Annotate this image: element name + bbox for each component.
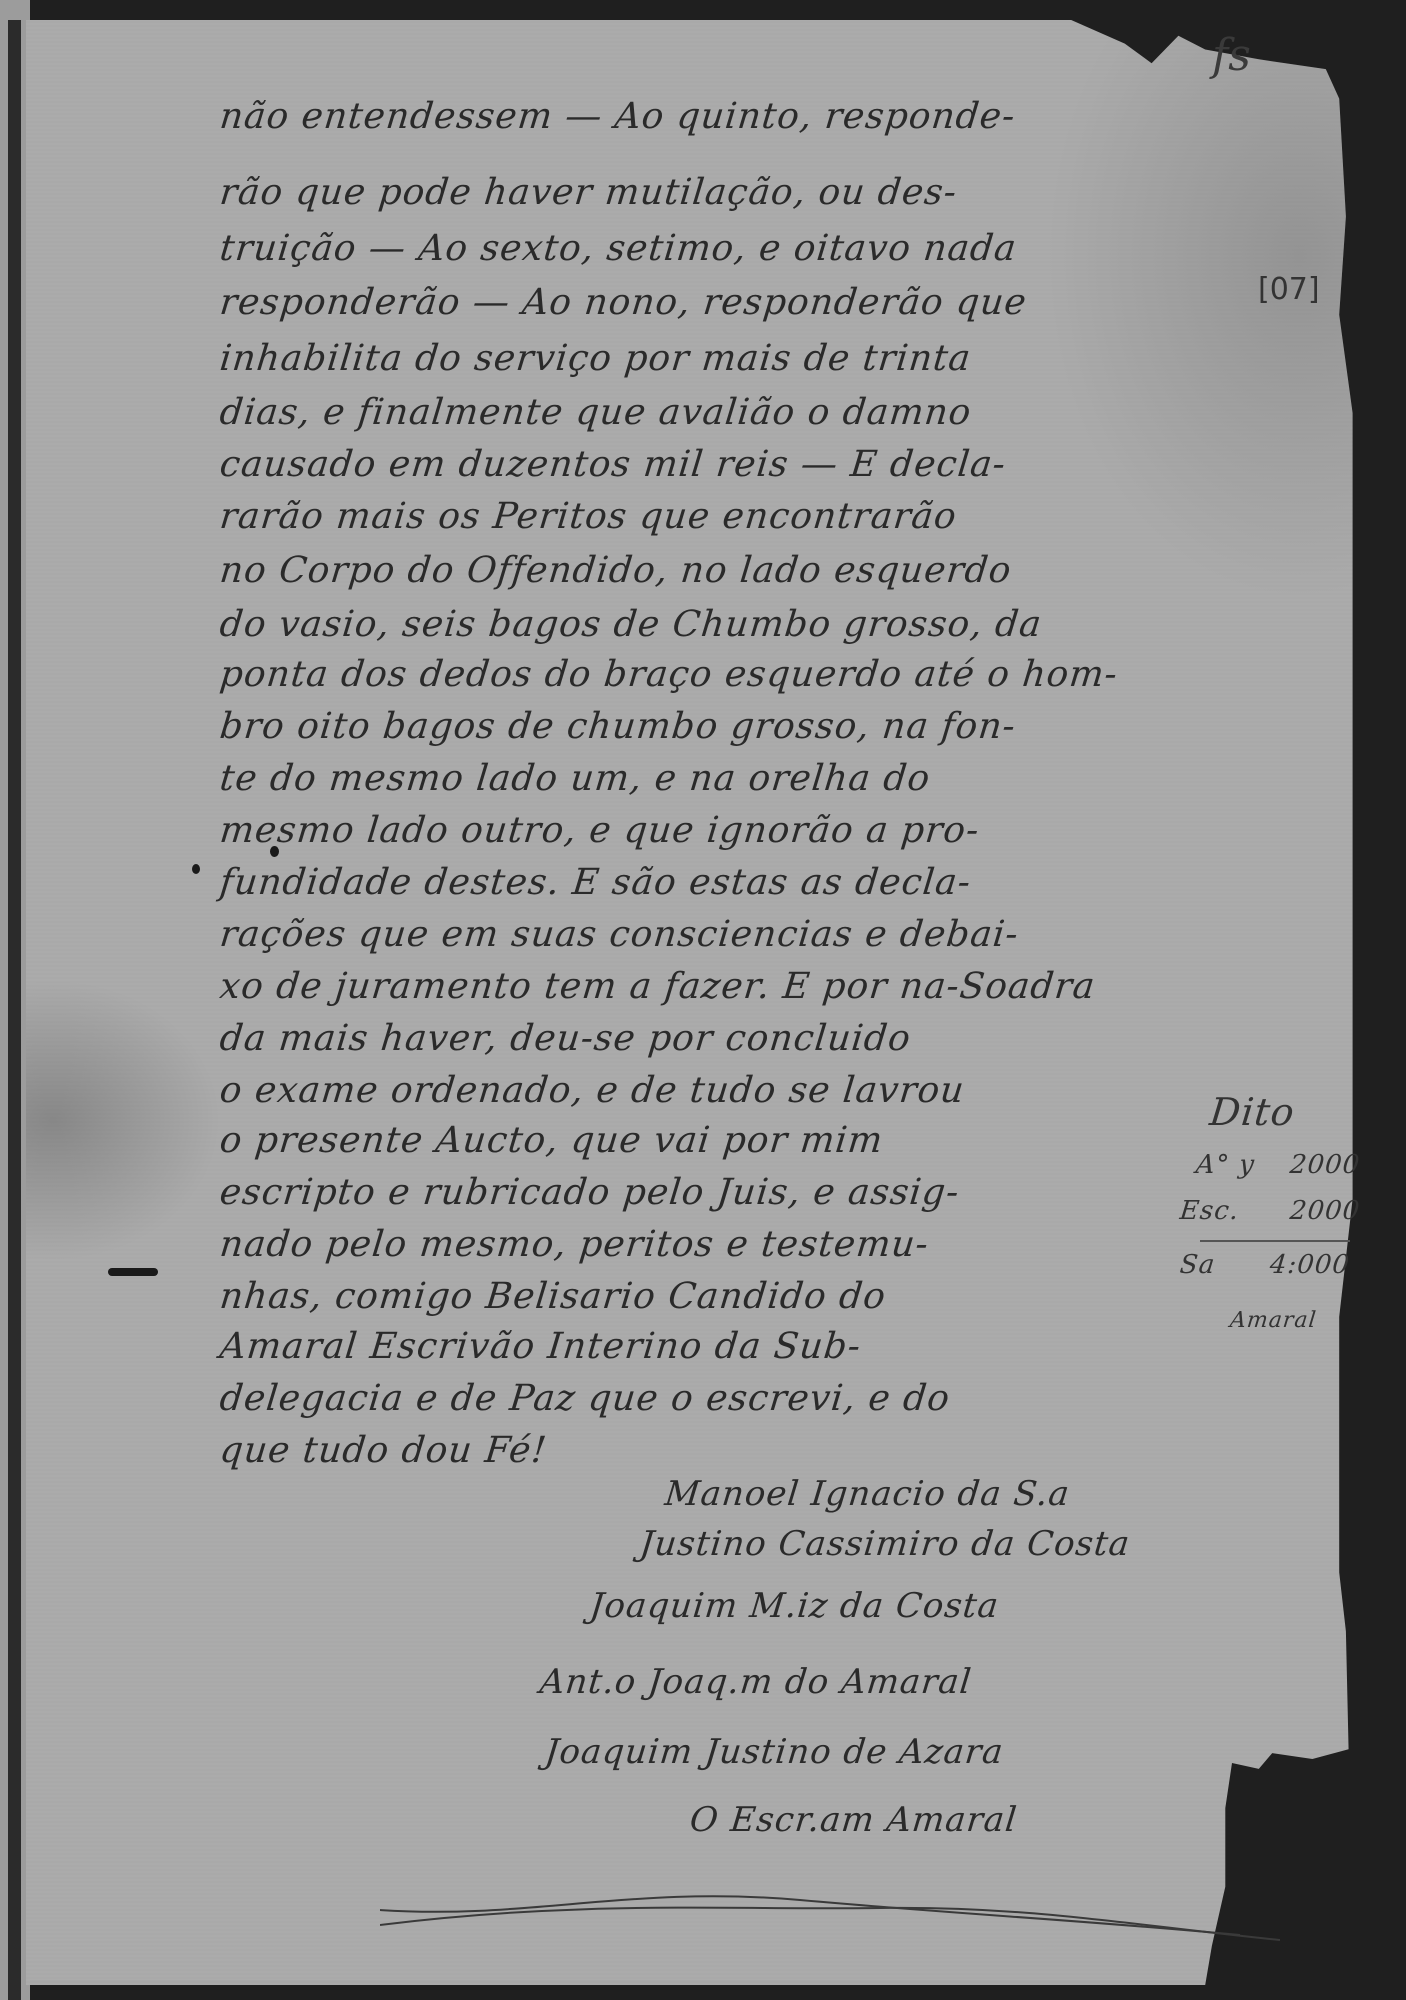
ink-spot xyxy=(270,846,279,857)
folio-mark: fs xyxy=(1212,30,1251,81)
body-line: causado em duzentos mil reis — E decla- xyxy=(218,444,1008,485)
body-line: do vasio, seis bagos de Chumbo grosso, d… xyxy=(218,604,1044,645)
margin-fee-label: Sa xyxy=(1178,1250,1216,1280)
body-line: escripto e rubricado pelo Juis, e assig- xyxy=(218,1172,962,1213)
margin-fee-value: 2000 xyxy=(1288,1150,1361,1180)
body-line: responderão — Ao nono, responderão que xyxy=(218,282,1029,323)
margin-fee-signature: Amaral xyxy=(1229,1308,1318,1333)
body-line: que tudo dou Fé! xyxy=(218,1430,549,1471)
body-line: o presente Aucto, que vai por mim xyxy=(218,1120,885,1161)
body-line: o exame ordenado, e de tudo se lavrou xyxy=(218,1070,967,1111)
body-line: rão que pode haver mutilação, ou des- xyxy=(218,172,959,213)
body-line: rarão mais os Peritos que encontrarão xyxy=(218,496,959,537)
margin-fee-value: 4:000 xyxy=(1268,1250,1351,1280)
signature: Joaquim Justino de Azara xyxy=(543,1732,1006,1772)
body-line: xo de juramento tem a fazer. E por na-So… xyxy=(218,966,1098,1007)
signature: Ant.o Joaq.m do Amaral xyxy=(538,1662,974,1702)
body-line: da mais haver, deu-se por concluido xyxy=(218,1018,913,1059)
ink-spot xyxy=(192,864,200,874)
body-line: bro oito bagos de chumbo grosso, na fon- xyxy=(218,706,1018,747)
closing-flourish xyxy=(380,1880,1280,1950)
body-line: inhabilita do serviço por mais de trinta xyxy=(218,338,973,379)
archival-number: [07] xyxy=(1258,272,1320,307)
fee-sum-line xyxy=(1200,1240,1350,1242)
body-line: no Corpo do Offendido, no lado esquerdo xyxy=(218,550,1014,591)
body-line: dias, e finalmente que avalião o damno xyxy=(218,392,974,433)
signature: Joaquim M.iz da Costa xyxy=(588,1586,1001,1626)
body-line: Amaral Escrivão Interino da Sub- xyxy=(218,1326,863,1367)
body-line: rações que em suas consciencias e debai- xyxy=(218,914,1021,955)
margin-fee-label: Esc. xyxy=(1178,1196,1240,1226)
body-line: fundidade destes. E são estas as decla- xyxy=(218,862,973,903)
body-line: não entendessem — Ao quinto, responde- xyxy=(218,96,1018,137)
body-line: nhas, comigo Belisario Candido do xyxy=(218,1276,888,1317)
margin-fee-heading: Dito xyxy=(1208,1090,1297,1134)
body-line: mesmo lado outro, e que ignorão a pro- xyxy=(218,810,982,851)
signature: Manoel Ignacio da S.a xyxy=(663,1474,1072,1514)
body-line: truição — Ao sexto, setimo, e oitavo nad… xyxy=(218,228,1019,269)
body-line: te do mesmo lado um, e na orelha do xyxy=(218,758,933,799)
body-line: ponta dos dedos do braço esquerdo até o … xyxy=(218,654,1120,695)
signature: Justino Cassimiro da Costa xyxy=(638,1524,1132,1564)
binding-line xyxy=(8,20,21,2000)
margin-fee-value: 2000 xyxy=(1288,1196,1361,1226)
ink-stroke xyxy=(108,1268,158,1276)
margin-fee-label: A° y xyxy=(1194,1150,1256,1180)
body-line: delegacia e de Paz que o escrevi, e do xyxy=(218,1378,952,1419)
signature: O Escr.am Amaral xyxy=(688,1800,1019,1840)
body-line: nado pelo mesmo, peritos e testemu- xyxy=(218,1224,931,1265)
